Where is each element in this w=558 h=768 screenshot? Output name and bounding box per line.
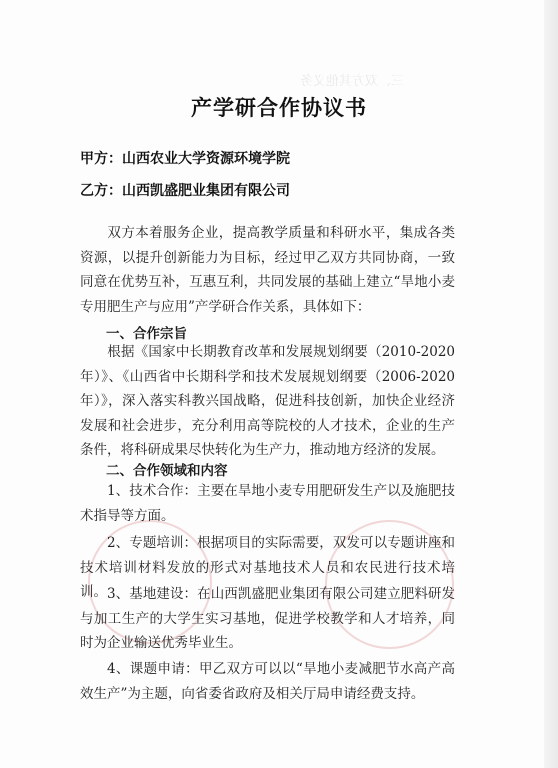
scanned-page: 三、双方其他义务 产学研合作协议书 甲方：山西农业大学资源环境学院 乙方：山西凯… — [0, 0, 558, 768]
item-technical-cooperation: 1、技术合作：主要在旱地小麦专用肥研发生产以及施肥技术指导等方面。 — [80, 479, 455, 528]
intro-text: 双方本着服务企业，提高教学质量和科研水平，集成各类资源，以提升创新能力为目标，经… — [80, 225, 455, 315]
section-heading-1: 一、合作宗旨 — [106, 322, 187, 342]
intro-paragraph: 双方本着服务企业，提高教学质量和科研水平，集成各类资源，以提升创新能力为目标，经… — [80, 221, 455, 319]
bleed-through-text: 三、双方其他义务 — [300, 70, 404, 89]
item-1-text: 1、技术合作：主要在旱地小麦专用肥研发生产以及施肥技术指导等方面。 — [80, 483, 455, 524]
party-a: 甲方：山西农业大学资源环境学院 — [80, 148, 290, 168]
party-b: 乙方：山西凯盛肥业集团有限公司 — [80, 180, 290, 200]
document-title: 产学研合作协议书 — [0, 92, 558, 122]
section-1-text: 根据《国家中长期教育改革和发展规划纲要（2010-2020 年）》、《山西省中长… — [80, 344, 455, 458]
item-project-application: 4、课题申请：甲乙双方可以以“旱地小麦减肥节水高产高效生产”为主题，向省委省政府… — [80, 657, 455, 706]
section-1-paragraph: 根据《国家中长期教育改革和发展规划纲要（2010-2020 年）》、《山西省中长… — [80, 340, 455, 463]
section-heading-2: 二、合作领域和内容 — [106, 459, 228, 479]
item-base-construction: 3、基地建设：在山西凯盛肥业集团有限公司建立肥料研发与加工生产的大学生实习基地，… — [80, 582, 455, 656]
item-3-text: 3、基地建设：在山西凯盛肥业集团有限公司建立肥料研发与加工生产的大学生实习基地，… — [80, 586, 455, 651]
item-4-text: 4、课题申请：甲乙双方可以以“旱地小麦减肥节水高产高效生产”为主题，向省委省政府… — [80, 661, 455, 702]
